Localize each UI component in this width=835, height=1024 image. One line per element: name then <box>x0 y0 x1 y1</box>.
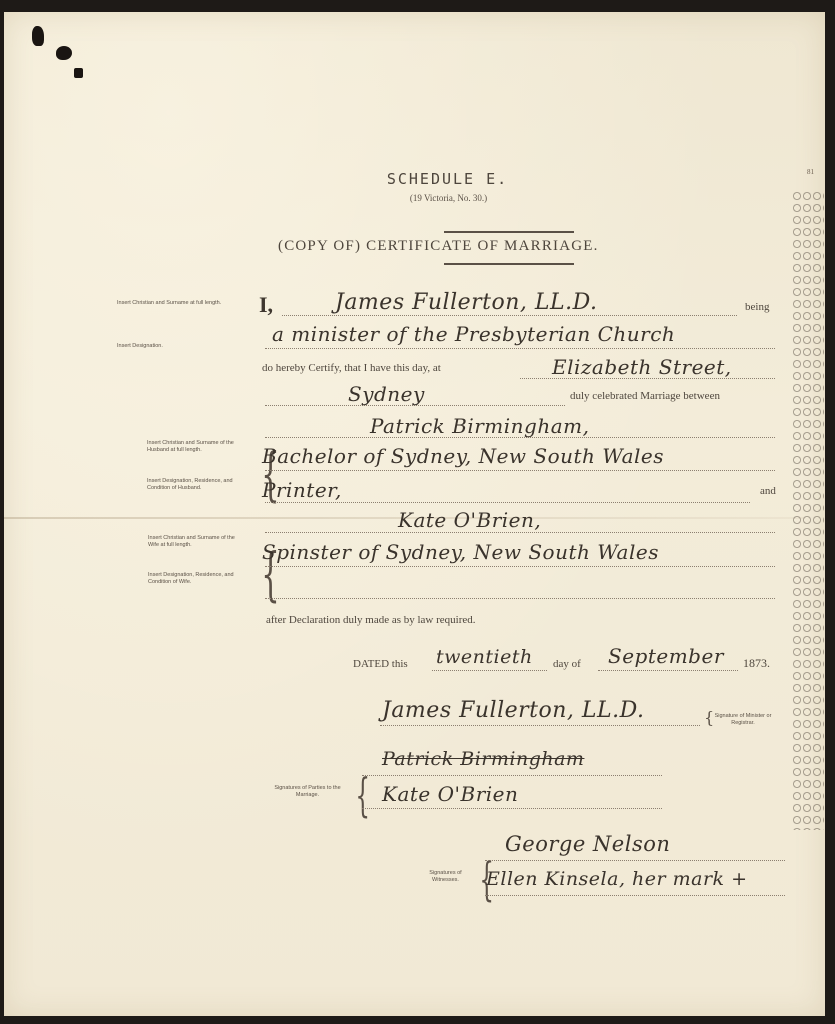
handwritten-month: September <box>608 644 724 668</box>
husband-details-line-1 <box>265 470 775 471</box>
punch-hole-icon <box>74 68 83 78</box>
husband-details-line-2 <box>265 502 750 503</box>
handwritten-minister-name: James Fullerton, LL.D. <box>335 290 597 315</box>
printed-celebrated: duly celebrated Marriage between <box>570 390 720 402</box>
handwritten-place-2: Sydney <box>348 382 425 406</box>
printed-being: being <box>745 301 769 313</box>
margin-note-husband-details: Insert Designation, Residence, and Condi… <box>147 478 237 491</box>
margin-note-minister-name: Insert Christian and Surname at full len… <box>117 300 222 307</box>
minister-signature-line <box>380 725 700 726</box>
margin-note-wife-details: Insert Designation, Residence, and Condi… <box>148 572 238 585</box>
handwritten-husband-details-1: Bachelor of Sydney, New South Wales <box>262 444 664 468</box>
month-line <box>598 670 738 671</box>
label-witnesses-signatures: Signatures of Witnesses. <box>418 870 473 883</box>
wife-details-line-1 <box>265 566 775 567</box>
title-rule-top <box>444 231 574 233</box>
party-2-signature: Kate O'Brien <box>382 782 518 806</box>
margin-note-husband-name: Insert Christian and Surname of the Husb… <box>147 440 237 453</box>
party-1-signature: Patrick Birmingham <box>382 748 584 770</box>
margin-note-designation: Insert Designation. <box>117 343 222 350</box>
punch-hole-icon <box>32 26 44 46</box>
printed-I: I, <box>259 292 273 318</box>
handwritten-husband-name: Patrick Birmingham, <box>370 414 589 438</box>
witness-1-signature: George Nelson <box>505 832 670 856</box>
printed-year: 1873. <box>743 656 770 671</box>
day-line <box>432 670 547 671</box>
brace-parties: { <box>355 768 370 822</box>
handwritten-wife-name: Kate O'Brien, <box>398 508 541 532</box>
schedule-title: SCHEDULE E. <box>0 170 835 188</box>
minister-signature: James Fullerton, LL.D. <box>382 698 644 723</box>
wife-details-line-2 <box>265 598 775 599</box>
printed-and: and <box>760 485 776 497</box>
certificate-title: (COPY OF) CERTIFICATE OF MARRIAGE. <box>278 238 599 255</box>
printed-dated-this: DATED this <box>353 658 408 670</box>
handwritten-day: twentieth <box>436 646 533 668</box>
witness-2-signature: Ellen Kinsela, her mark + <box>486 868 748 890</box>
witness-1-line <box>485 860 785 861</box>
minister-name-line <box>282 315 737 316</box>
handwritten-wife-details-1: Spinster of Sydney, New South Wales <box>262 540 659 564</box>
guilloche-border <box>792 190 824 830</box>
handwritten-husband-details-2: Printer, <box>262 478 342 502</box>
witness-2-line <box>485 895 785 896</box>
party-1-line <box>362 775 662 776</box>
handwritten-designation: a minister of the Presbyterian Church <box>272 322 675 346</box>
label-minister-signature: Signature of Minister or Registrar. <box>712 713 774 726</box>
handwritten-place-1: Elizabeth Street, <box>552 355 732 379</box>
printed-day-of: day of <box>553 658 581 670</box>
designation-line <box>265 348 775 349</box>
title-rule-bottom <box>444 263 574 265</box>
schedule-subtitle: (19 Victoria, No. 30.) <box>0 193 835 203</box>
printed-declaration: after Declaration duly made as by law re… <box>266 614 476 626</box>
wife-name-line <box>265 532 775 533</box>
margin-note-wife-name: Insert Christian and Surname of the Wife… <box>148 535 238 548</box>
label-parties-signatures: Signatures of Parties to the Marriage. <box>265 785 350 798</box>
printed-certify: do hereby Certify, that I have this day,… <box>262 362 441 374</box>
punch-hole-icon <box>56 46 72 60</box>
party-2-line <box>362 808 662 809</box>
